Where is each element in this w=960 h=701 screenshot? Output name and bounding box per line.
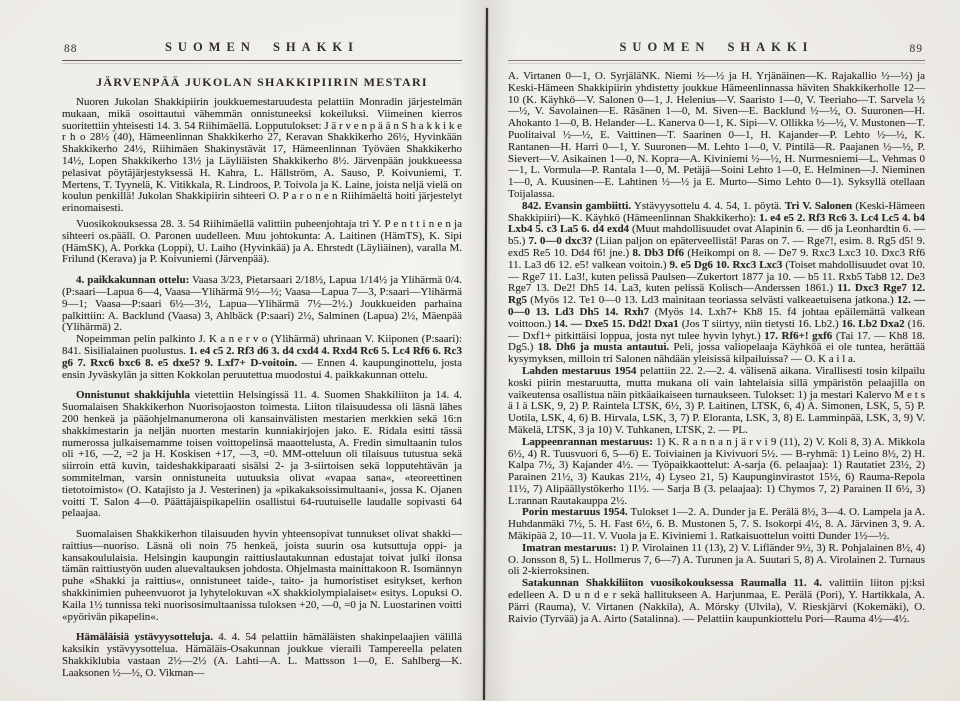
bold-text: Tri V. Salonen (785, 200, 852, 212)
body-text: vietettiin Helsingissä 11. 4. Suomen Sha… (62, 389, 462, 519)
page-88: 88 SUOMEN SHAKKI JÄRVENPÄÄ JUKOLAN SHAKK… (62, 40, 462, 680)
left-page-body: Nuoren Jukolan Shakkipiirin joukkuemesta… (62, 97, 462, 680)
right-page-number: 89 (910, 43, 924, 55)
paragraph: Porin mestaruus 1954. Tulokset 1—2. A. D… (508, 507, 925, 542)
bold-text: 9. e5 Dg6 10. Rxc3 Lxc3 (669, 259, 782, 271)
paragraph: 4. paikkakunnan ottelu: Vaasa 3/23, Piet… (62, 275, 462, 334)
paragraph: Imatran mestaruus: 1) P. Virolainen 11 (… (508, 543, 925, 578)
body-text: Vuosikokouksessa 28. 3. 54 Riihimäellä v… (62, 218, 462, 265)
bold-text: 7. 0—0 dxc3? (529, 235, 593, 247)
paragraph: Hämäläisiä ystävyysotteluja. 4. 4. 54 pe… (62, 632, 462, 679)
article-title: JÄRVENPÄÄ JUKOLAN SHAKKIPIIRIN MESTARI (62, 75, 462, 90)
right-page-body: A. Virtanen 0—1, O. SyrjäläNK. Niemi ½—½… (508, 71, 925, 625)
right-running-title: SUOMEN SHAKKI (508, 40, 925, 55)
paragraph: Lahden mestaruus 1954 pelattiin 22. 2.—2… (508, 366, 925, 437)
page-gutter-line (483, 8, 488, 700)
bold-text: Lahden mestaruus 1954 (522, 365, 636, 377)
left-page-number: 88 (64, 43, 78, 55)
right-page-header: SUOMEN SHAKKI 89 (508, 40, 925, 57)
bold-text: Imatran mestaruus: (522, 542, 617, 554)
bold-text: Satakunnan Shakkiliiton vuosikokouksessa… (522, 577, 822, 589)
right-header-rule (508, 60, 925, 64)
bold-text: 842. Evansin gambiitti. (522, 200, 631, 212)
left-running-title: SUOMEN SHAKKI (62, 40, 462, 55)
paragraph: Onnistunut shakkijuhla vietettiin Helsin… (62, 390, 462, 520)
bold-text: Lappeenrannan mestaruus: (522, 436, 653, 448)
bold-text: 17. Rf6+! gxf6 (764, 330, 832, 342)
paragraph: Suomalaisen Shakkikerhon tilaisuuden hyv… (62, 529, 462, 623)
bold-text: Hämäläisiä ystävyysotteluja. (76, 631, 213, 643)
paragraph: 842. Evansin gambiitti. Ystävyysottelu 4… (508, 201, 925, 366)
body-text: A. Virtanen 0—1, O. SyrjäläNK. Niemi ½—½… (508, 70, 925, 200)
left-page-header: 88 SUOMEN SHAKKI (62, 40, 462, 57)
paragraph: A. Virtanen 0—1, O. SyrjäläNK. Niemi ½—½… (508, 71, 925, 201)
body-text: Nuoren Jukolan Shakkipiirin joukkuemesta… (62, 96, 462, 214)
paragraph: Nopeimman pelin palkinto J. K a n e r v … (62, 334, 462, 381)
paragraph: Vuosikokouksessa 28. 3. 54 Riihimäellä v… (62, 219, 462, 266)
bold-text: Porin mestaruus 1954. (522, 506, 628, 518)
paragraph: Satakunnan Shakkiliiton vuosikokouksessa… (508, 578, 925, 625)
bold-text: 18. Dh6 ja musta antautui. (538, 341, 669, 353)
body-text: (Jos T siirtyy, niin tietysti 16. Lb2.) (679, 318, 842, 330)
bold-text: 4. paikkakunnan ottelu: (76, 274, 189, 286)
page-89: SUOMEN SHAKKI 89 A. Virtanen 0—1, O. Syr… (508, 40, 925, 625)
paragraph: Nuoren Jukolan Shakkipiirin joukkuemesta… (62, 97, 462, 215)
bold-text: Onnistunut shakkijuhla (76, 389, 190, 401)
bold-text: 14. — Dxe5 15. Dd2! Dxa1 (554, 318, 679, 330)
body-text: Ystävyysottelu 4. 4. 54, 1. pöytä. (631, 200, 785, 212)
left-header-rule (62, 60, 462, 64)
paragraph: Lappeenrannan mestaruus: 1) K. R a n n a… (508, 437, 925, 508)
body-text: Suomalaisen Shakkikerhon tilaisuuden hyv… (62, 528, 462, 623)
bold-text: 16. Lb2 Dxa2 (842, 318, 905, 330)
body-text: (Myös 12. Te1 0—0 13. Ld3 mainitaan teor… (527, 294, 897, 306)
bold-text: 8. Db3 Df6 (632, 247, 684, 259)
